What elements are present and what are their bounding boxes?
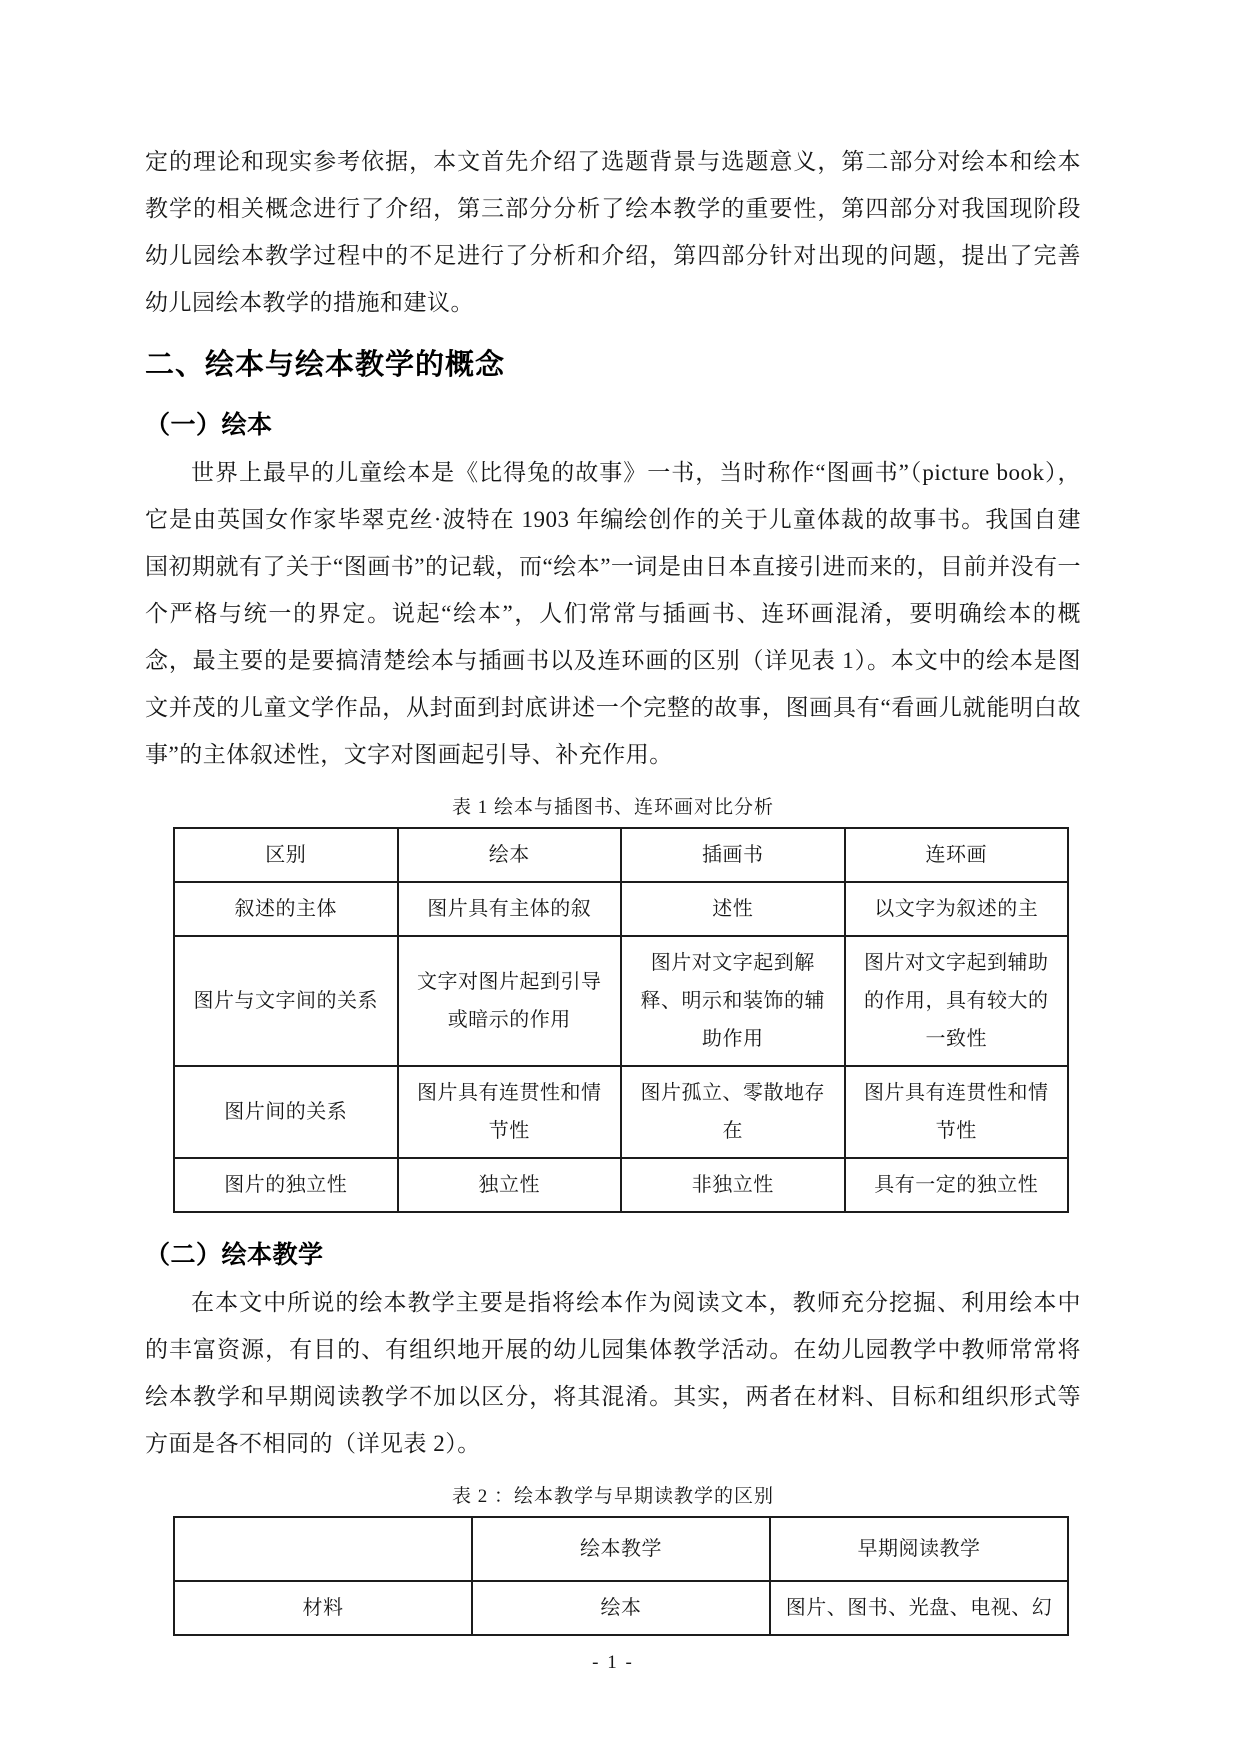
- table-row: 图片的独立性 独立性 非独立性 具有一定的独立性: [174, 1158, 1068, 1212]
- table-cell: 绘本: [472, 1581, 770, 1635]
- table-cell: 材料: [174, 1581, 472, 1635]
- table-cell: 文字对图片起到引导或暗示的作用: [398, 936, 622, 1066]
- table-row: 图片间的关系 图片具有连贯性和情节性 图片孤立、零散地存在 图片具有连贯性和情节…: [174, 1066, 1068, 1158]
- subsection-2-paragraph: 在本文中所说的绘本教学主要是指将绘本作为阅读文本，教师充分挖掘、利用绘本中的丰富…: [145, 1279, 1081, 1467]
- table-1-header-comic-strip: 连环画: [845, 828, 1069, 882]
- table-cell: 叙述的主体: [174, 882, 398, 936]
- subsection-1-paragraph: 世界上最早的儿童绘本是《比得兔的故事》一书，当时称作“图画书”（picture …: [145, 449, 1081, 778]
- table-2: 绘本教学 早期阅读教学 材料 绘本 图片、图书、光盘、电视、幻: [173, 1516, 1069, 1636]
- table-cell: 图片间的关系: [174, 1066, 398, 1158]
- table-cell: 非独立性: [621, 1158, 845, 1212]
- table-cell: 图片孤立、零散地存在: [621, 1066, 845, 1158]
- table-1: 区别 绘本 插画书 连环画 叙述的主体 图片具有主体的叙 述性 以文字为叙述的主…: [173, 827, 1069, 1213]
- table-cell: 述性: [621, 882, 845, 936]
- subsection-1-heading: （一）绘本: [145, 405, 1081, 441]
- table-cell: 图片对文字起到解释、明示和装饰的辅助作用: [621, 936, 845, 1066]
- table-cell: 图片具有主体的叙: [398, 882, 622, 936]
- table-cell: 具有一定的独立性: [845, 1158, 1069, 1212]
- subsection-2-heading: （二）绘本教学: [145, 1235, 1081, 1271]
- table-cell: 图片对文字起到辅助的作用，具有较大的一致性: [845, 936, 1069, 1066]
- table-cell: 图片具有连贯性和情节性: [398, 1066, 622, 1158]
- table-2-header-picture-book-teaching: 绘本教学: [472, 1517, 770, 1581]
- table-cell: 图片具有连贯性和情节性: [845, 1066, 1069, 1158]
- document-page: 定的理论和现实参考依据，本文首先介绍了选题背景与选题意义，第二部分对绘本和绘本教…: [0, 0, 1241, 1754]
- table-row: 区别 绘本 插画书 连环画: [174, 828, 1068, 882]
- table-1-caption: 表 1 绘本与插图书、连环画对比分析: [145, 792, 1081, 819]
- table-cell: 以文字为叙述的主: [845, 882, 1069, 936]
- table-cell: 独立性: [398, 1158, 622, 1212]
- table-2-header-empty: [174, 1517, 472, 1581]
- section-heading: 二、绘本与绘本教学的概念: [145, 342, 1081, 383]
- table-cell: 图片、图书、光盘、电视、幻: [770, 1581, 1068, 1635]
- table-cell: 图片与文字间的关系: [174, 936, 398, 1066]
- table-row: 绘本教学 早期阅读教学: [174, 1517, 1068, 1581]
- table-1-header-distinction: 区别: [174, 828, 398, 882]
- table-1-header-illustrated-book: 插画书: [621, 828, 845, 882]
- table-row: 图片与文字间的关系 文字对图片起到引导或暗示的作用 图片对文字起到解释、明示和装…: [174, 936, 1068, 1066]
- table-2-caption: 表 2 ：绘本教学与早期读教学的区别: [145, 1481, 1081, 1508]
- table-row: 材料 绘本 图片、图书、光盘、电视、幻: [174, 1581, 1068, 1635]
- table-cell: 图片的独立性: [174, 1158, 398, 1212]
- table-2-header-early-reading-teaching: 早期阅读教学: [770, 1517, 1068, 1581]
- page-number: - 1 -: [145, 1652, 1081, 1674]
- table-row: 叙述的主体 图片具有主体的叙 述性 以文字为叙述的主: [174, 882, 1068, 936]
- table-1-header-picture-book: 绘本: [398, 828, 622, 882]
- intro-paragraph: 定的理论和现实参考依据，本文首先介绍了选题背景与选题意义，第二部分对绘本和绘本教…: [145, 138, 1081, 326]
